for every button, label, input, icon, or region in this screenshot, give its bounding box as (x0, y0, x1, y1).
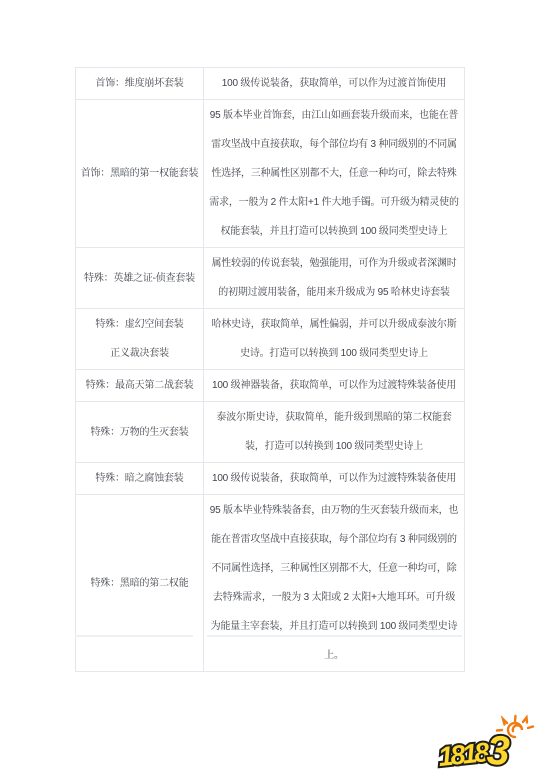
set-name: 特殊：虚幻空间套装 (95, 310, 183, 339)
set-name-cell: 首饰：维度崩坏套装 (76, 68, 204, 99)
set-description: 100 级传说装备，获取简单，可以作为过渡首饰使用 (222, 69, 446, 98)
set-name-cell: 特殊：万物的生灭套装 (76, 402, 204, 462)
set-description: 95 版本毕业首饰套，由江山如画套装升级而来，也能在普雷攻坚战中直接获取，每个部… (209, 101, 459, 246)
set-name-cell: 特殊：虚幻空间套装 正义裁决套装 (76, 309, 204, 369)
set-name: 特殊：黑暗的第二权能 (91, 569, 189, 598)
set-description: 100 级神器装备，获取简单，可以作为过渡特殊装备使用 (212, 371, 456, 400)
table-row: 首饰：维度崩坏套装 100 级传说装备，获取简单，可以作为过渡首饰使用 (76, 68, 464, 99)
logo-digits: 1818 (437, 737, 488, 773)
set-description-cell: 属性较弱的传说套装，勉强能用，可作为升级或者深渊时的初期过渡用装备，能用来升级成… (204, 248, 464, 308)
logo-last-digit: 3 (486, 727, 507, 775)
table-row: 特殊：最高天第二战套装 100 级神器装备，获取简单，可以作为过渡特殊装备使用 (76, 369, 464, 401)
set-description: 属性较弱的传说套装，勉强能用，可作为升级或者深渊时的初期过渡用装备，能用来升级成… (209, 249, 459, 307)
set-name-line2: 正义裁决套装 (110, 339, 169, 368)
set-name: 特殊：最高天第二战套装 (86, 371, 194, 400)
set-name-cell: 特殊：黑暗的第二权能 (76, 495, 204, 671)
set-description-cell: 100 级传说装备，获取简单，可以作为过渡首饰使用 (204, 68, 464, 99)
set-name: 首饰：黑暗的第一权能套装 (81, 159, 199, 188)
table-row: 特殊：虚幻空间套装 正义裁决套装 哈林史诗，获取简单，属性偏弱，并可以升级成泰波… (76, 308, 464, 369)
set-description-cell: 100 级传说装备，获取简单，可以作为过渡特殊装备使用 (204, 463, 464, 494)
set-description-cell: 100 级神器装备，获取简单，可以作为过渡特殊装备使用 (204, 370, 464, 401)
set-name: 特殊：万物的生灭套装 (91, 418, 189, 447)
set-description-cell: 哈林史诗，获取简单，属性偏弱，并可以升级成泰波尔斯史诗。打造可以转换到 100 … (204, 309, 464, 369)
page: 首饰：维度崩坏套装 100 级传说装备，获取简单，可以作为过渡首饰使用 首饰：黑… (0, 0, 553, 782)
set-description: 95 版本毕业特殊装备套，由万物的生灭套装升级而来，也能在普雷攻坚战中直接获取，… (209, 496, 459, 670)
set-name-cell: 特殊：暗之腐蚀套装 (76, 463, 204, 494)
faded-next-row-border (75, 635, 193, 637)
set-description-cell: 泰波尔斯史诗，获取简单，能升级到黑暗的第二权能套装，打造可以转换到 100 级同… (204, 402, 464, 462)
set-name: 首饰：维度崩坏套装 (95, 69, 183, 98)
equipment-set-table: 首饰：维度崩坏套装 100 级传说装备，获取简单，可以作为过渡首饰使用 首饰：黑… (75, 67, 465, 672)
table-row: 特殊：万物的生灭套装 泰波尔斯史诗，获取简单，能升级到黑暗的第二权能套装，打造可… (76, 401, 464, 462)
set-name: 特殊：英雄之证-侦查套装 (84, 264, 195, 293)
logo-text: 18183 (436, 724, 508, 776)
set-description: 哈林史诗，获取简单，属性偏弱，并可以升级成泰波尔斯史诗。打造可以转换到 100 … (209, 310, 459, 368)
table-row: 首饰：黑暗的第一权能套装 95 版本毕业首饰套，由江山如画套装升级而来，也能在普… (76, 99, 464, 247)
set-name-cell: 首饰：黑暗的第一权能套装 (76, 100, 204, 247)
site-logo-18183: 18183 (436, 712, 544, 776)
set-name: 特殊：暗之腐蚀套装 (95, 464, 183, 493)
set-description: 泰波尔斯史诗，获取简单，能升级到黑暗的第二权能套装，打造可以转换到 100 级同… (209, 403, 459, 461)
faded-next-row-border (207, 635, 462, 637)
table-row: 特殊：英雄之证-侦查套装 属性较弱的传说套装，勉强能用，可作为升级或者深渊时的初… (76, 247, 464, 308)
set-description-cell: 95 版本毕业首饰套，由江山如画套装升级而来，也能在普雷攻坚战中直接获取，每个部… (204, 100, 464, 247)
set-name-cell: 特殊：英雄之证-侦查套装 (76, 248, 204, 308)
set-name-cell: 特殊：最高天第二战套装 (76, 370, 204, 401)
set-description-cell: 95 版本毕业特殊装备套，由万物的生灭套装升级而来，也能在普雷攻坚战中直接获取，… (204, 495, 464, 671)
set-description: 100 级传说装备，获取简单，可以作为过渡特殊装备使用 (212, 464, 456, 493)
table-row: 特殊：暗之腐蚀套装 100 级传说装备，获取简单，可以作为过渡特殊装备使用 (76, 462, 464, 494)
table-row: 特殊：黑暗的第二权能 95 版本毕业特殊装备套，由万物的生灭套装升级而来，也能在… (76, 494, 464, 671)
